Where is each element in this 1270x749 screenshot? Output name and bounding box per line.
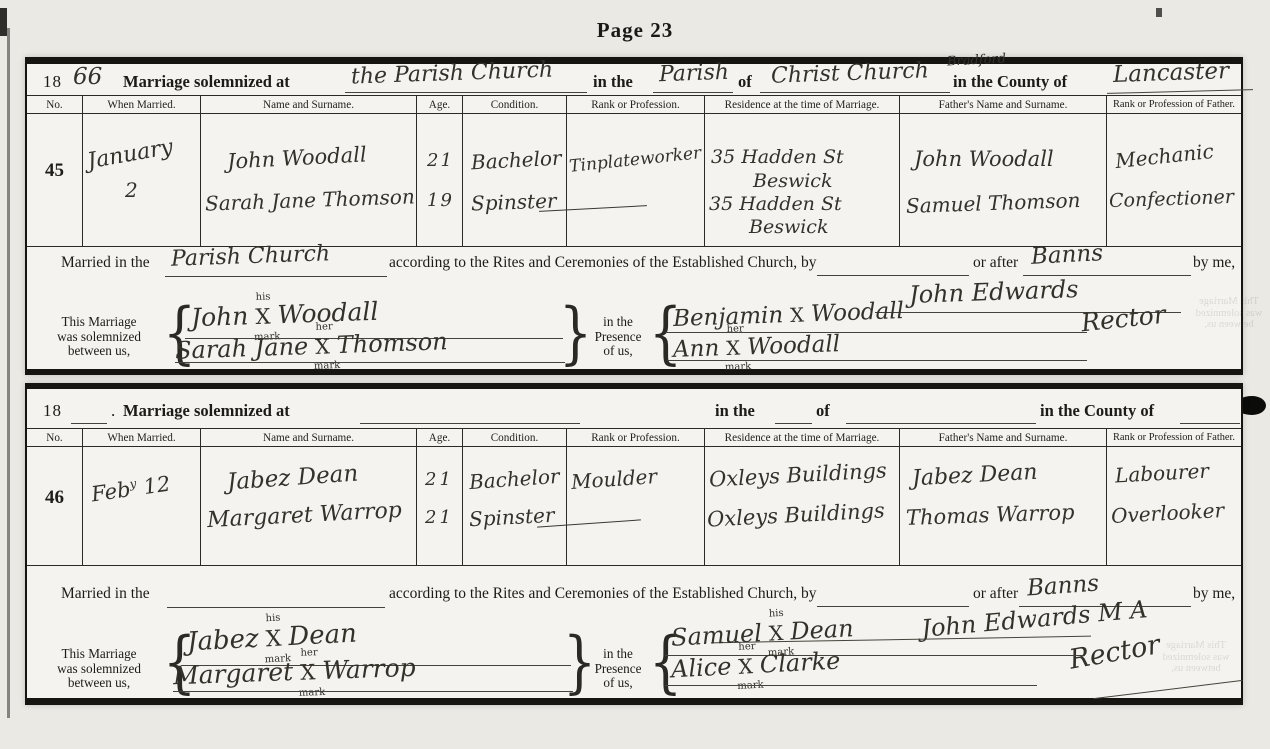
witness2-signature: AnnherXmarkWoodall (673, 331, 841, 363)
blank-line (760, 92, 950, 93)
year-prefix: 18 (43, 401, 62, 421)
groom-age: 21 (427, 150, 454, 171)
blank-line (1180, 423, 1240, 424)
blank-line (817, 275, 969, 276)
blank-line (775, 423, 812, 424)
cell-entry-number: 45 (27, 114, 83, 246)
year-prefix: 18 (43, 72, 62, 92)
column-header-father-name: Father's Name and Surname. (900, 96, 1107, 114)
column-header-rank-profession: Rank or Profession. (567, 96, 705, 114)
in-the-label: in the (593, 72, 633, 92)
rites-label: according to the Rites and Ceremonies of… (389, 254, 816, 272)
cell-conditions: Bachelor Spinster (463, 114, 567, 246)
blank-line (817, 606, 969, 607)
witness1-signature: SamuelhisXmarkDean (670, 614, 854, 652)
in-the-label: in the (715, 401, 755, 421)
groom-father-name: Jabez Dean (911, 460, 1038, 492)
cell-residences: Oxleys Buildings Oxleys Buildings (705, 447, 900, 565)
of-label: of (816, 401, 830, 421)
or-after-label: or after (973, 585, 1018, 603)
cell-when-married: Feby 12 (83, 447, 201, 565)
groom-father-profession: Labourer (1114, 459, 1209, 488)
groom-father-profession: Mechanic (1114, 139, 1215, 173)
column-header-condition: Condition. (463, 96, 567, 114)
groom-name: John Woodall (226, 142, 367, 173)
groom-age: 21 (425, 469, 454, 490)
cell-ages: 21 19 (417, 114, 463, 246)
cell-entry-number: 46 (27, 447, 83, 565)
register-table: No. When Married. Name and Surname. Age.… (27, 428, 1241, 566)
blank-line (71, 423, 107, 424)
presence-label: in the Presence of us, (587, 647, 649, 691)
blank-line (165, 276, 387, 277)
column-header-name-surname: Name and Surname. (201, 429, 417, 447)
bride-father-name: Samuel Thomson (906, 188, 1081, 218)
solemnized-at-label: Marriage solemnized at (123, 401, 290, 421)
banns-handwritten: Banns (1026, 571, 1100, 602)
bride-age: 21 (425, 507, 454, 528)
signature-line (667, 360, 1087, 361)
scan-speck (0, 8, 7, 36)
cell-names: Jabez Dean Margaret Warrop (201, 447, 417, 565)
presence-label: in the Presence of us, (587, 315, 649, 359)
scan-edge-line (7, 28, 10, 718)
signature-line (665, 685, 1037, 686)
of-label: of (738, 72, 752, 92)
bride-age: 19 (427, 190, 454, 211)
column-header-when-married: When Married. (83, 96, 201, 114)
married-in-label: Married in the (61, 254, 150, 272)
bride-signature: MargaretherXmarkWarrop (173, 653, 417, 690)
cell-father-professions: Labourer Overlooker (1107, 447, 1241, 565)
married-in-label: Married in the (61, 585, 150, 603)
bride-residence-line1: 35 Hadden St (709, 193, 842, 215)
column-header-rank-profession: Rank or Profession. (567, 429, 705, 447)
entry-number: 45 (27, 160, 82, 182)
bride-name: Sarah Jane Thomson (205, 184, 415, 215)
signature-line (173, 691, 573, 692)
groom-residence-line2: Beswick (753, 170, 832, 192)
officiant-signature: John Edwards (909, 275, 1079, 309)
or-after-label: or after (973, 254, 1018, 272)
page-title: Page 23 (0, 18, 1270, 43)
cell-ages: 21 21 (417, 447, 463, 565)
blank-line (846, 423, 1036, 424)
bleed-through-text: This Marriage was solemnized between us, (1185, 296, 1270, 331)
column-header-father-profession: Rank or Profession of Father. (1107, 429, 1241, 447)
bride-father-profession: Confectioner (1109, 186, 1235, 212)
county-of-label: in the County of (953, 72, 1067, 92)
entry-number: 46 (27, 487, 82, 509)
blank-line (345, 92, 587, 93)
married-in-handwritten: Parish Church (171, 241, 331, 272)
by-me-label: by me, (1193, 585, 1235, 603)
cell-conditions: Bachelor Spinster (463, 447, 567, 565)
cell-professions: Moulder (567, 447, 705, 565)
year-suffix-handwritten: 66 (73, 64, 102, 90)
cell-fathers: Jabez Dean Thomas Warrop (900, 447, 1107, 565)
column-header-age: Age. (417, 429, 463, 447)
column-header-father-profession: Rank or Profession of Father. (1107, 96, 1241, 114)
scan-speck (1156, 8, 1162, 17)
cell-father-professions: Mechanic Confectioner (1107, 114, 1241, 246)
signature-line (175, 362, 565, 363)
groom-signature: JohnhisXmarkWoodall (191, 297, 379, 333)
column-header-residence: Residence at the time of Marriage. (705, 96, 900, 114)
groom-condition: Bachelor (470, 146, 562, 175)
cell-residences: 35 Hadden St Beswick 35 Hadden St Beswic… (705, 114, 900, 246)
cell-names: John Woodall Sarah Jane Thomson (201, 114, 417, 246)
blank-line (653, 92, 733, 93)
bride-father-profession: Overlooker (1110, 498, 1224, 528)
groom-name: Jabez Dean (226, 460, 359, 495)
rites-label: according to the Rites and Ceremonies of… (389, 585, 816, 603)
county-handwritten: Lancaster (1113, 58, 1230, 88)
groom-profession: Tinplateworker (568, 143, 702, 177)
cell-professions: Tinplateworker (567, 114, 705, 246)
column-header-when-married: When Married. (83, 429, 201, 447)
parish-insert-handwritten: Bradford (947, 51, 1007, 69)
column-header-age: Age. (417, 96, 463, 114)
bride-father-name: Thomas Warrop (906, 500, 1075, 530)
groom-condition: Bachelor (468, 464, 560, 494)
when-married-day: 2 (125, 178, 138, 202)
bride-residence: Oxleys Buildings (706, 498, 885, 531)
groom-residence: Oxleys Buildings (708, 458, 887, 491)
flourish-line (1093, 680, 1242, 699)
county-of-label: in the County of (1040, 401, 1154, 421)
witness2-signature: AliceherXmarkClarke (670, 647, 841, 684)
blank-line (360, 423, 580, 424)
bride-residence-line2: Beswick (749, 216, 828, 238)
cell-when-married: January 2 (83, 114, 201, 246)
column-header-condition: Condition. (463, 429, 567, 447)
witness1-signature: BenjaminXWoodall (673, 298, 905, 332)
marriage-entry-form-46: 18 . Marriage solemnized at in the of in… (25, 383, 1243, 705)
bride-name: Margaret Warrop (206, 498, 402, 533)
column-header-no: No. (27, 429, 83, 447)
bride-signature: Sarah JaneherXmarkThomson (175, 327, 448, 364)
groom-profession: Moulder (570, 464, 657, 494)
column-header-father-name: Father's Name and Surname. (900, 429, 1107, 447)
marriage-entry-form-45: 18 66 Marriage solemnized at the Parish … (25, 57, 1243, 375)
blank-line (167, 607, 385, 608)
banns-handwritten: Banns (1030, 240, 1103, 270)
by-me-label: by me, (1193, 254, 1235, 272)
place-handwritten: the Parish Church (351, 57, 554, 89)
officiant-title: Rector (1080, 300, 1167, 338)
column-header-residence: Residence at the time of Marriage. (705, 429, 900, 447)
column-header-name-surname: Name and Surname. (201, 96, 417, 114)
this-marriage-label: This Marriage was solemnized between us, (35, 315, 163, 359)
register-table: No. When Married. Name and Surname. Age.… (27, 95, 1241, 247)
this-marriage-label: This Marriage was solemnized between us, (35, 647, 163, 691)
cell-fathers: John Woodall Samuel Thomson (900, 114, 1107, 246)
when-married-date: Feby 12 (90, 472, 172, 507)
period: . (111, 401, 115, 421)
groom-signature: JabezhisXmarkDean (186, 619, 357, 658)
blank-line (1107, 89, 1253, 94)
column-header-no: No. (27, 96, 83, 114)
groom-residence-line1: 35 Hadden St (711, 146, 844, 168)
solemnized-at-label: Marriage solemnized at (123, 72, 290, 92)
when-married-month: January (85, 135, 174, 175)
parish-type-handwritten: Parish (659, 60, 730, 87)
parish-name-handwritten: Christ Church (771, 58, 930, 88)
scanned-marriage-register-page: Page 23 18 66 Marriage solemnized at the… (0, 0, 1270, 749)
groom-father-name: John Woodall (914, 147, 1054, 171)
bleed-through-text: This Marriage was solemnized between us, (1148, 640, 1244, 675)
